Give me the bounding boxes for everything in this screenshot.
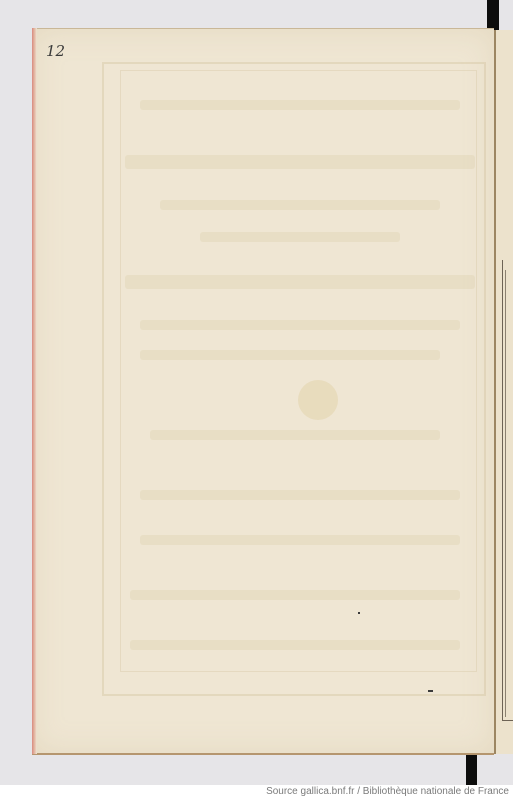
page-number: 12 <box>46 42 65 60</box>
ink-speck <box>358 612 360 614</box>
facing-page-edge <box>494 30 513 754</box>
bookmark-ribbon-bottom <box>466 755 477 785</box>
bleed-through-line <box>130 640 460 650</box>
bleed-through-line <box>160 200 440 210</box>
bleed-through-line <box>150 430 440 440</box>
bleed-through-line <box>130 590 460 600</box>
bleed-through-line <box>200 232 400 242</box>
source-attribution: Source gallica.bnf.fr / Bibliothèque nat… <box>266 786 509 797</box>
bleed-through-line <box>125 155 475 169</box>
bleed-through-line <box>140 100 460 110</box>
page-red-edge <box>32 28 37 754</box>
bleed-through-line <box>125 275 475 289</box>
facing-page-frame-inner <box>505 270 513 717</box>
bleed-through-line <box>140 490 460 500</box>
bleed-through-line <box>140 535 460 545</box>
bleed-through-line <box>140 350 440 360</box>
bleed-through-line <box>140 320 460 330</box>
ink-speck <box>428 690 433 692</box>
paper-stain <box>298 380 338 420</box>
